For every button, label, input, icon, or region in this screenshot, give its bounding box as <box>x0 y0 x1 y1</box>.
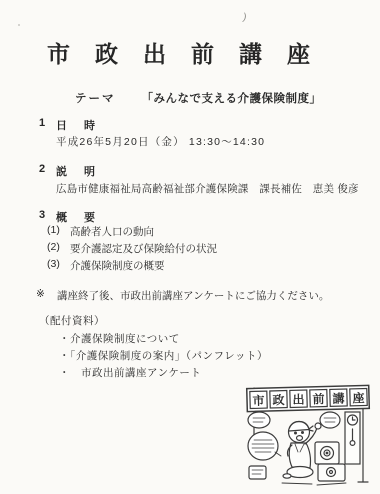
pen-mark: ) <box>242 12 248 23</box>
section-1-heading: 1 日 時 <box>39 117 102 133</box>
note-marker: ※ <box>36 288 57 303</box>
overview-item-2: (2) 要介護認定及び保険給付の状況 <box>47 241 217 256</box>
speech-bubble-main <box>248 432 281 460</box>
overview-item-1-text: 高齢者人口の動向 <box>70 224 154 239</box>
section-3-number: 3 <box>39 209 56 225</box>
clock-illustration <box>345 412 360 464</box>
page-title: 市政出前講座 <box>47 36 335 69</box>
headband-knot <box>309 426 313 431</box>
section-2-heading: 2 説 明 <box>39 163 102 179</box>
overview-item-1: (1) 高齢者人口の動向 <box>47 224 154 239</box>
mouth <box>297 436 303 441</box>
handout-item-3: ・ 市政出前講座アンケート <box>59 365 201 380</box>
banner-char-3: 出 <box>292 392 304 407</box>
handouts-heading: （配付資料） <box>39 313 105 328</box>
banner-char-4: 前 <box>312 391 324 406</box>
scan-speck <box>18 24 20 26</box>
section-2-body-speaker: 広島市健康福祉局高齢福祉部介護保険課 課長補佐 恵美 俊彦 <box>56 181 359 196</box>
fist <box>315 423 321 429</box>
eye-left <box>295 432 297 434</box>
eye-right <box>302 432 304 434</box>
delivery-lecture-illustration: 市 政 出 前 講 座 <box>242 382 374 492</box>
banner-char-6: 座 <box>352 390 364 405</box>
section-1-body-datetime: 平成26年5月20日（金） 13:30～14:30 <box>56 134 265 149</box>
overview-item-1-number: (1) <box>47 224 70 239</box>
banner <box>247 385 370 411</box>
banner-char-5: 講 <box>332 391 344 406</box>
overview-item-2-number: (2) <box>47 241 70 256</box>
section-3-title: 概 要 <box>56 209 102 225</box>
overview-item-3: (3) 介護保険制度の概要 <box>47 258 165 273</box>
banner-char-1: 市 <box>252 393 264 408</box>
speech-bubble-top-left <box>248 412 270 428</box>
sandal <box>283 474 291 478</box>
delivery-boxes <box>315 442 345 481</box>
torso <box>289 443 310 468</box>
section-1-title: 日 時 <box>56 117 102 133</box>
illustration-svg: 市 政 出 前 講 座 <box>242 382 374 492</box>
overview-item-2-text: 要介護認定及び保険給付の状況 <box>70 241 217 256</box>
ground-line <box>282 483 346 485</box>
survey-note: ※ 講座終了後、市政出前講座アンケートにご協力ください。 <box>36 288 329 303</box>
overview-item-3-text: 介護保険制度の概要 <box>70 258 165 273</box>
overview-item-3-number: (3) <box>47 258 70 273</box>
sign-bottom-left <box>249 466 266 479</box>
handout-item-1: ・介護保険制度について <box>59 331 180 346</box>
banner-char-2: 政 <box>272 392 284 407</box>
section-3-heading: 3 概 要 <box>39 209 102 225</box>
speech-bubble-right <box>320 412 340 428</box>
section-2-title: 説 明 <box>56 163 102 179</box>
theme-label: テーマ <box>75 93 116 105</box>
handout-item-2: ・「介護保険制度の案内」（パンフレット） <box>59 348 268 363</box>
section-1-number: 1 <box>39 117 56 133</box>
section-2-number: 2 <box>39 163 56 179</box>
theme-row: テーマ「みんなで支える介護保険制度」 <box>75 90 322 106</box>
theme-value: 「みんなで支える介護保険制度」 <box>142 93 322 105</box>
document-page: ) 市政出前講座 テーマ「みんなで支える介護保険制度」 1 日 時 平成26年5… <box>0 0 380 494</box>
note-text: 講座終了後、市政出前講座アンケートにご協力ください。 <box>57 288 329 303</box>
